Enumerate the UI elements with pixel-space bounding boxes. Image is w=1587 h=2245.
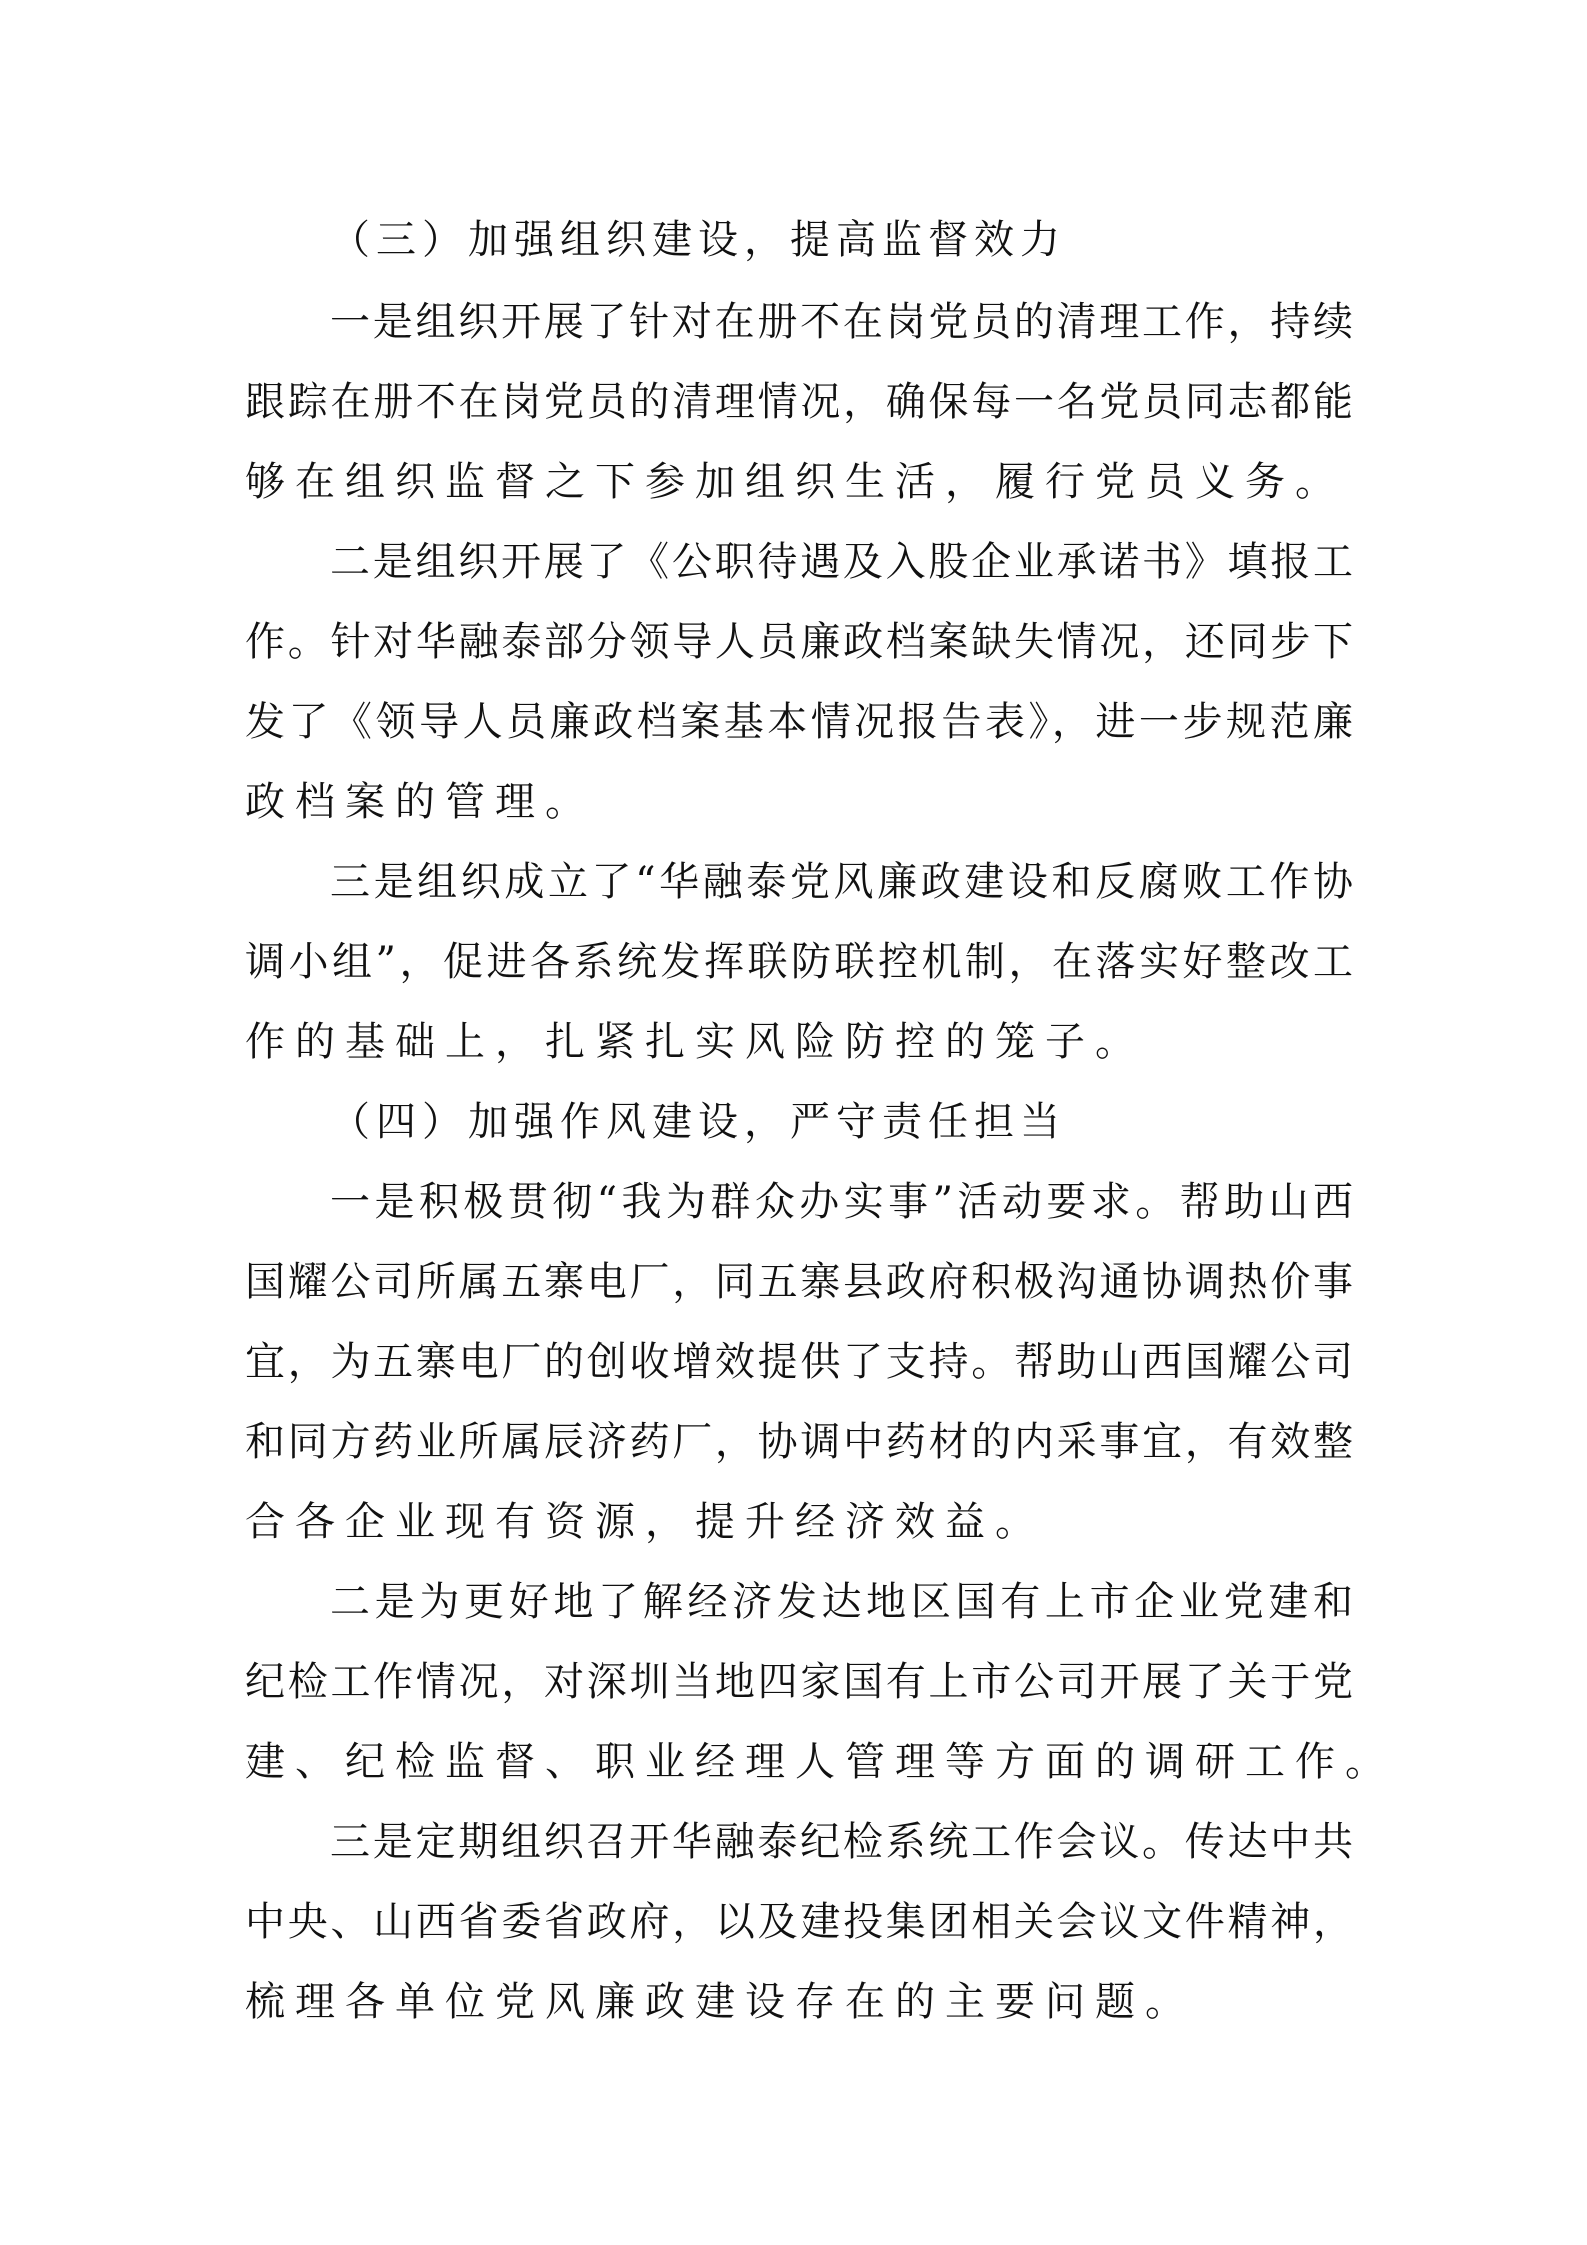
paragraph-line: 作。针对华融泰部分领导人员廉政档案缺失情况，还同步下 [245,612,1353,672]
paragraph-line: 纪检工作情况，对深圳当地四家国有上市公司开展了关于党 [245,1652,1353,1712]
paragraph-line: 作的基础上，扎紧扎实风险防控的笼子。 [245,1012,1353,1072]
paragraph-line: 三是定期组织召开华融泰纪检系统工作会议。传达中共 [330,1812,1353,1872]
section-heading-3: （三）加强组织建设，提高监督效力 [330,210,1066,270]
paragraph-line: 三是组织成立了“华融泰党风廉政建设和反腐败工作协 [330,852,1353,912]
paragraph-line: 发了《领导人员廉政档案基本情况报告表》，进一步规范廉 [245,692,1353,752]
paragraph-line: 中央、山西省委省政府，以及建投集团相关会议文件精神， [245,1892,1353,1952]
paragraph-line: 和同方药业所属辰济药厂，协调中药材的内采事宜，有效整 [245,1412,1353,1472]
paragraph-line: 建、纪检监督、职业经理人管理等方面的调研工作。 [245,1732,1353,1792]
paragraph-line: 跟踪在册不在岗党员的清理情况，确保每一名党员同志都能 [245,372,1353,432]
paragraph-line: 二是为更好地了解经济发达地区国有上市企业党建和 [330,1572,1353,1632]
paragraph-line: 够在组织监督之下参加组织生活，履行党员义务。 [245,452,1353,512]
paragraph-line: 一是组织开展了针对在册不在岗党员的清理工作，持续 [330,292,1353,352]
paragraph-line: 调小组”，促进各系统发挥联防联控机制，在落实好整改工 [245,932,1353,992]
paragraph-line: 合各企业现有资源，提升经济效益。 [245,1492,1353,1552]
paragraph-line: 二是组织开展了《公职待遇及入股企业承诺书》填报工 [330,532,1353,592]
paragraph-line: 一是积极贯彻“我为群众办实事”活动要求。帮助山西 [330,1172,1353,1232]
paragraph-line: 梳理各单位党风廉政建设存在的主要问题。 [245,1972,1353,2032]
paragraph-line: 国耀公司所属五寨电厂，同五寨县政府积极沟通协调热价事 [245,1252,1353,1312]
paragraph-line: 政档案的管理。 [245,772,1353,832]
section-heading-4: （四）加强作风建设，严守责任担当 [330,1092,1066,1152]
document-page: （三）加强组织建设，提高监督效力 一是组织开展了针对在册不在岗党员的清理工作，持… [0,0,1587,2245]
paragraph-line: 宜，为五寨电厂的创收增效提供了支持。帮助山西国耀公司 [245,1332,1353,1392]
